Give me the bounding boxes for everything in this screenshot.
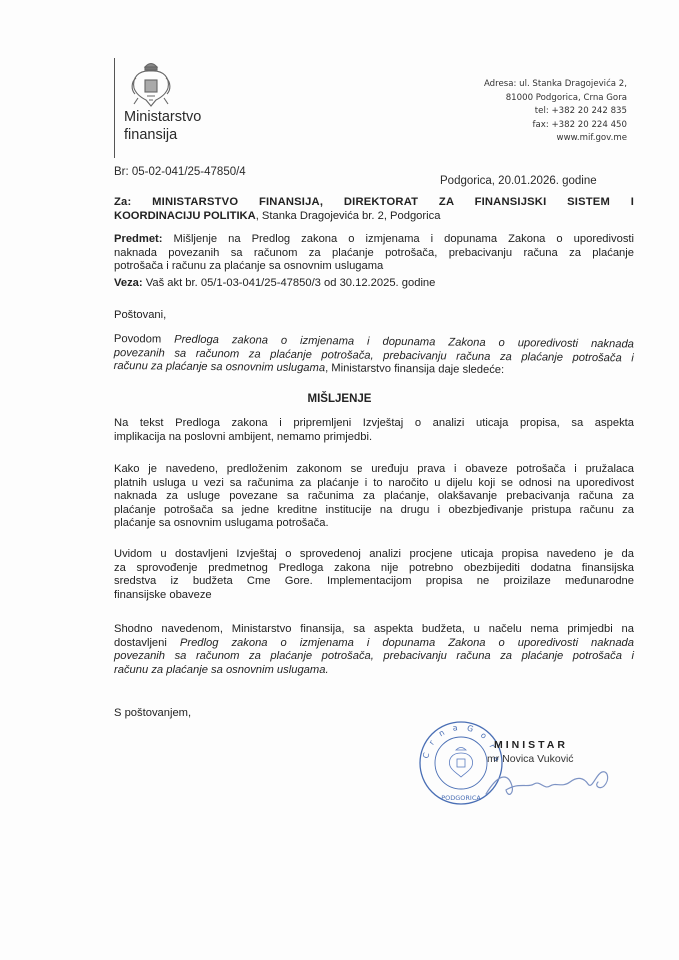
paragraph-line: Na tekst Predloga zakona i pripremljeni …: [114, 417, 634, 431]
recipient-word: SISTEM: [567, 196, 610, 208]
handwritten-signature-icon: [478, 764, 618, 804]
recipient-line2: KOORDINACIJU POLITIKA, Stanka Dragojević…: [114, 210, 634, 224]
reference-label: Veza:: [114, 277, 143, 289]
signatory-title: MINISTAR: [494, 739, 568, 751]
closing: S poštovanjem,: [114, 707, 634, 721]
subject-text: Mišljenje na Predlog zakona o izmjenama …: [174, 233, 634, 245]
subject-line: potrošača i računu za plaćanje sa osnovn…: [114, 260, 634, 274]
coat-of-arms-icon: [128, 58, 174, 110]
subject-line: naknada povezanih sa računom za plaćanje…: [114, 247, 634, 261]
ministry-name-line2: finansija: [124, 126, 201, 144]
recipient-address: , Stanka Dragojevića br. 2, Podgorica: [256, 210, 441, 222]
recipient-word: FINANSIJA,: [259, 196, 323, 208]
paragraph-line: platnih usluga u vezi sa računima za pla…: [114, 477, 634, 491]
ministry-name-line1: Ministarstvo: [124, 108, 201, 126]
paragraph-line: finansijske obaveze: [114, 589, 634, 603]
reference-text: Vaš akt br. 05/1-03-041/25-47850/3 od 30…: [146, 277, 436, 289]
paragraph-2: Kako je navedeno, predloženim zakonom se…: [114, 463, 634, 531]
paragraph-line: implikacija na poslovni ambijent, nemamo…: [114, 431, 634, 445]
recipient-word: I: [631, 196, 634, 208]
conclusion-line: Shodno navedenom, Ministarstvo finansija…: [114, 623, 634, 637]
ministry-name: Ministarstvo finansija: [124, 108, 201, 144]
conclusion-lead: dostavljeni: [114, 637, 180, 649]
conclusion-line: dostavljeni Predlog zakona o izmjenama i…: [114, 637, 634, 651]
place-date: Podgorica, 20.01.2026. godine: [440, 175, 597, 187]
intro-paragraph: Povodom Predloga zakona o izmjenama i do…: [114, 333, 634, 379]
paragraph-3: Uvidom u dostavljeni Izvještaj o sproved…: [114, 548, 634, 602]
recipient-word: MINISTARSTVO: [152, 196, 238, 208]
recipient-label: Za:: [114, 196, 131, 208]
recipient-line1: Za: MINISTARSTVO FINANSIJA, DIREKTORAT Z…: [114, 196, 634, 210]
conclusion-law-title: Predlog zakona o izmjenama i dopunama Za…: [180, 637, 634, 649]
intro-law-title: računu za plaćanje sa osnovnim uslugama: [114, 360, 326, 374]
recipient-word: ZA: [439, 196, 454, 208]
opinion-heading: MIŠLJENJE: [0, 393, 679, 405]
recipient-block: Za: MINISTARSTVO FINANSIJA, DIREKTORAT Z…: [114, 196, 634, 223]
conclusion-line: računu za plaćanje sa osnovnim uslugama.: [114, 664, 634, 678]
intro-tail: , Ministarstvo finansija daje sledeće:: [325, 362, 504, 376]
subject-block: Predmet: Mišljenje na Predlog zakona o i…: [114, 233, 634, 274]
svg-text:PODGORICA: PODGORICA: [441, 794, 481, 802]
reference-block: Veza: Vaš akt br. 05/1-03-041/25-47850/3…: [114, 277, 634, 291]
recipient-directorate: KOORDINACIJU POLITIKA: [114, 210, 256, 222]
address-street: Adresa: ul. Stanka Dragojevića 2,: [484, 78, 627, 92]
paragraph-line: naknada za usluge povezane sa računima z…: [114, 490, 634, 504]
paragraph-line: sredstva iz budžeta Cme Gore. Implementa…: [114, 575, 634, 589]
reference-number: Br: 05-02-041/25-47850/4: [114, 166, 246, 178]
conclusion-paragraph: Shodno navedenom, Ministarstvo finansija…: [114, 623, 634, 677]
paragraph-line: Uvidom u dostavljeni Izvještaj o sproved…: [114, 548, 634, 562]
conclusion-line: povezanih sa računom za plaćanje potroša…: [114, 650, 634, 664]
paragraph-line: za sprovođenje predmetnog Predloga zakon…: [114, 562, 634, 576]
ministry-address: Adresa: ul. Stanka Dragojevića 2, 81000 …: [484, 78, 627, 146]
subject-label: Predmet:: [114, 233, 163, 245]
paragraph-line: Kako je navedeno, predloženim zakonom se…: [114, 463, 634, 477]
recipient-word: FINANSIJSKI: [475, 196, 547, 208]
paragraph-1: Na tekst Predloga zakona i pripremljeni …: [114, 417, 634, 444]
address-city: 81000 Podgorica, Crna Gora: [484, 92, 627, 106]
paragraph-line: plaćanje potrošača sa jedne kreditne ins…: [114, 504, 634, 518]
address-website: www.mif.gov.me: [484, 132, 627, 146]
address-phone: tel: +382 20 242 835: [484, 105, 627, 119]
intro-lead: Povodom: [114, 333, 174, 346]
subject-line: Predmet: Mišljenje na Predlog zakona o i…: [114, 233, 634, 247]
recipient-word: DIREKTORAT: [344, 196, 418, 208]
address-fax: fax: +382 20 224 450: [484, 119, 627, 133]
salutation: Poštovani,: [114, 309, 634, 323]
letterhead-divider: [114, 58, 115, 158]
paragraph-line: plaćanje sa osnovnim uslugama potrošača.: [114, 517, 634, 531]
document-page: Ministarstvo finansija Adresa: ul. Stank…: [0, 0, 679, 960]
